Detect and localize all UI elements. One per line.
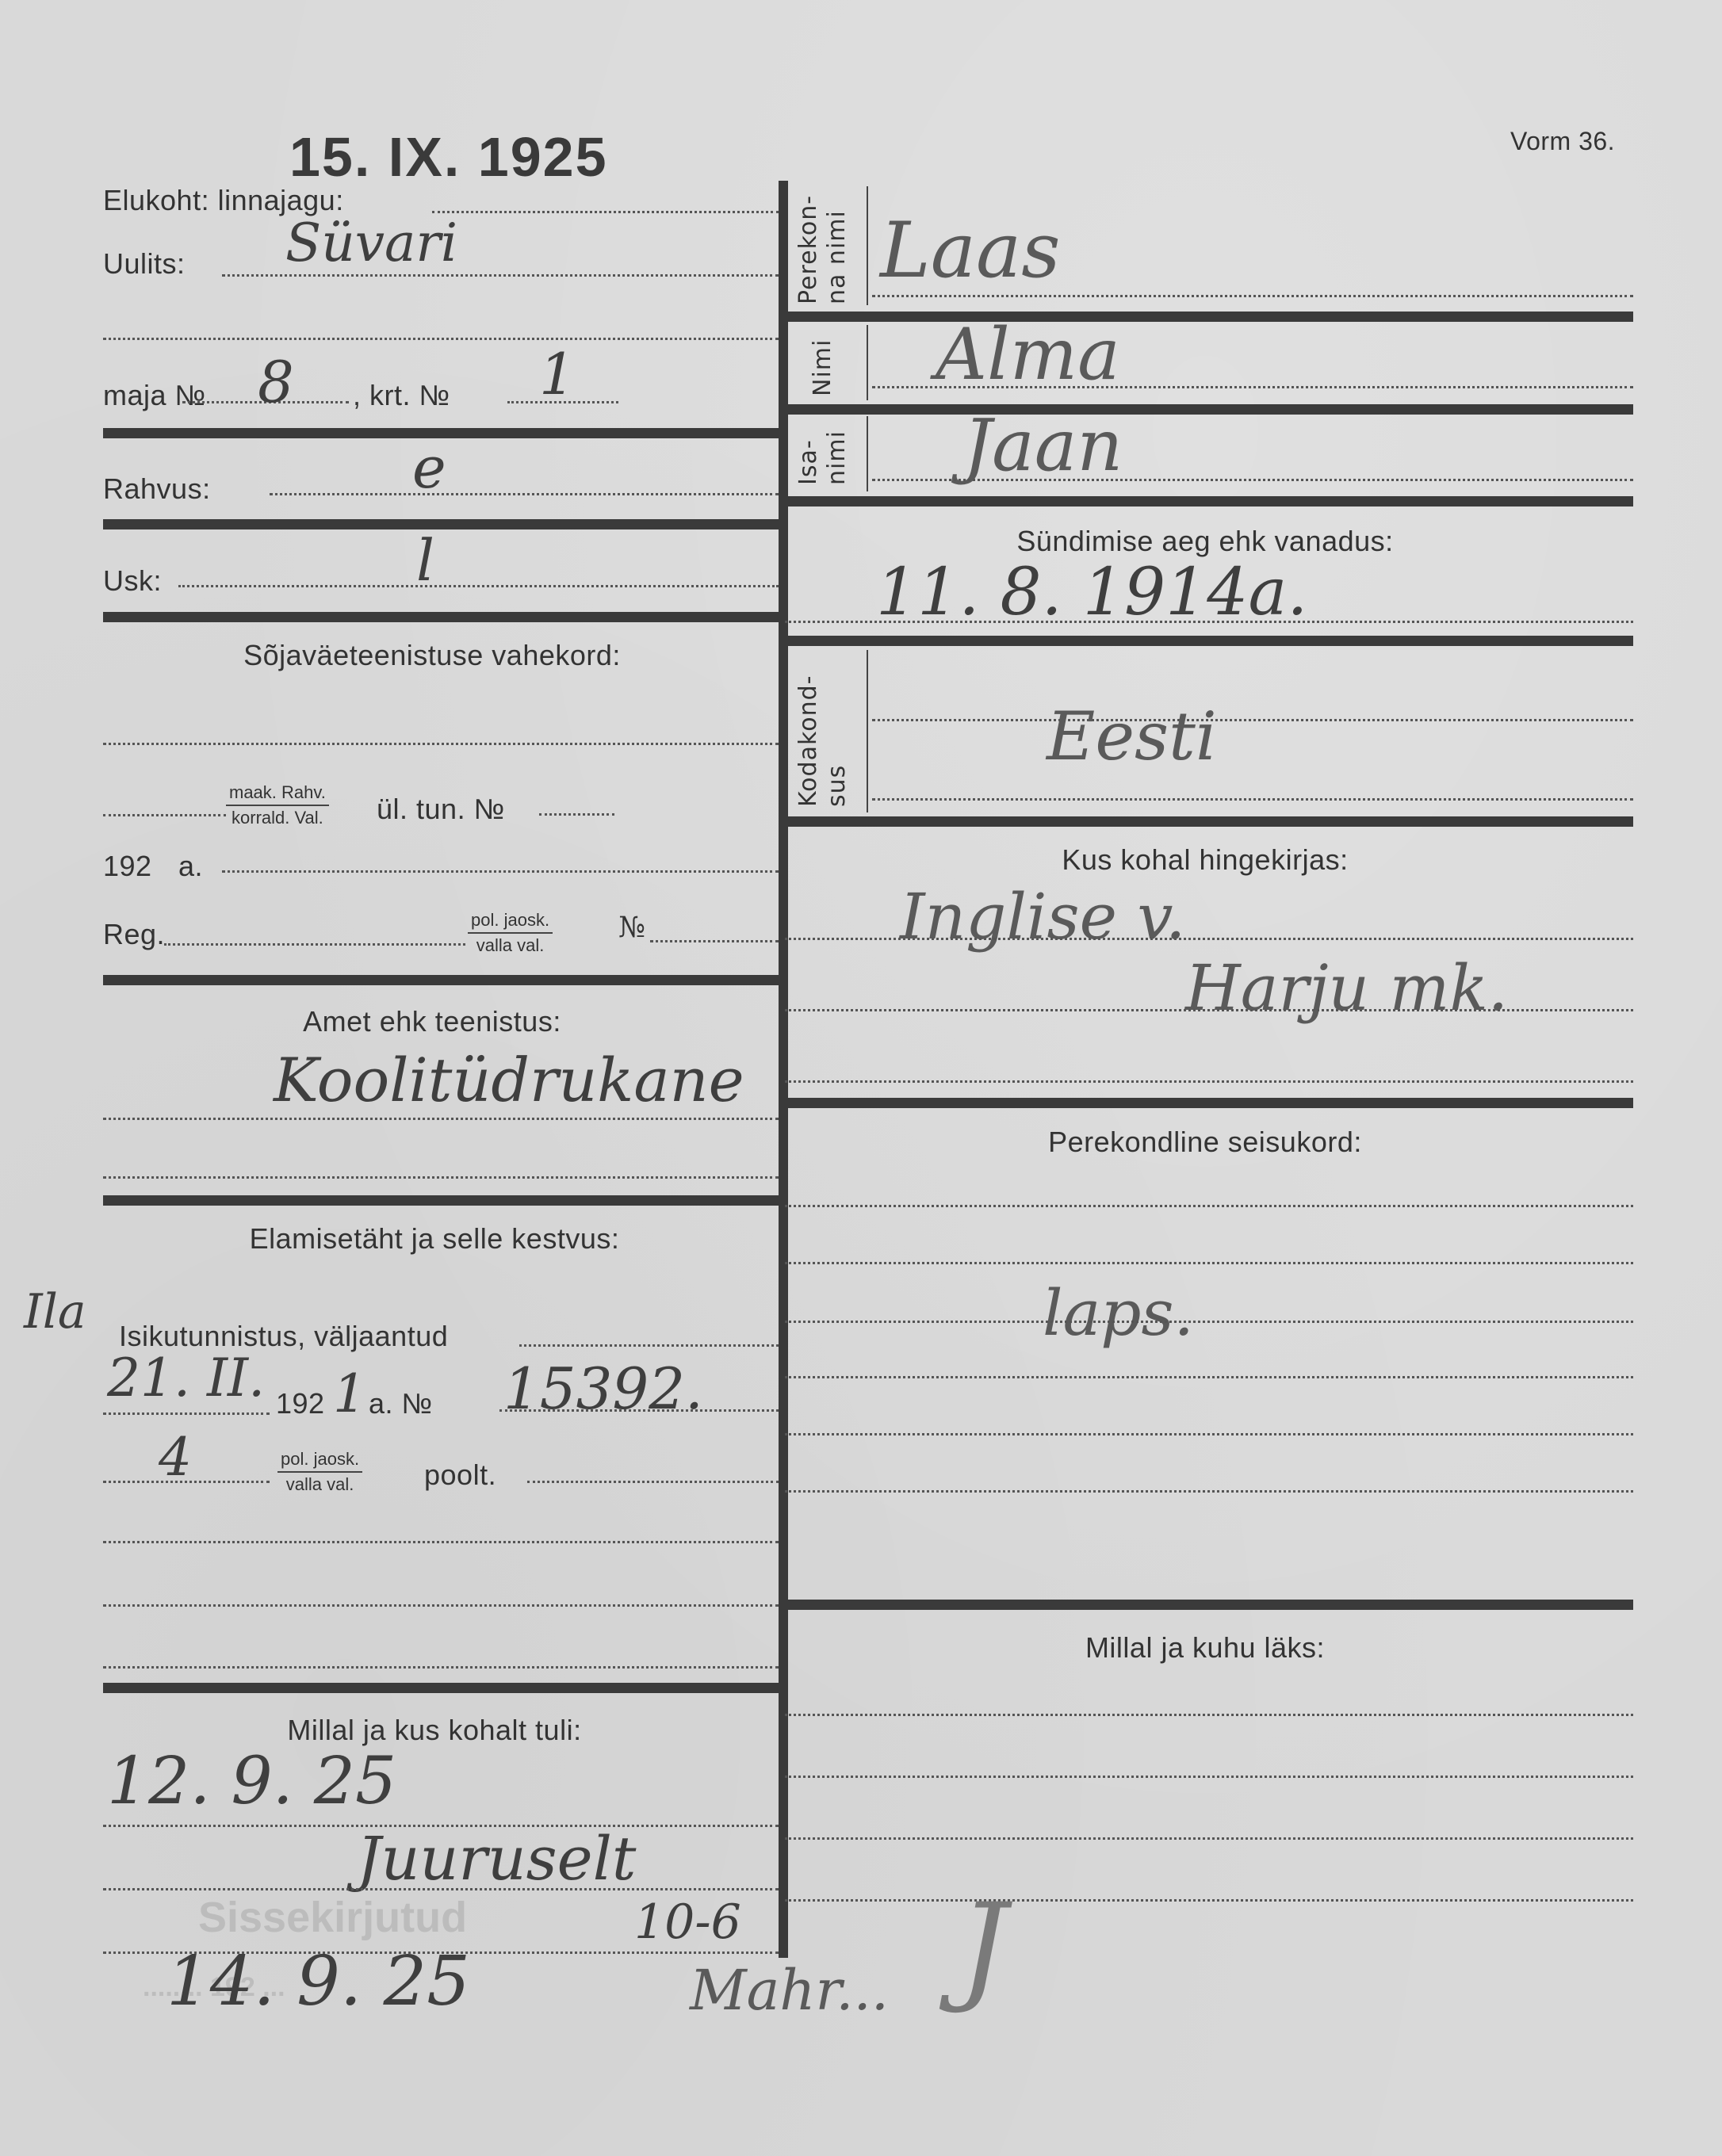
reg-label: Reg. (103, 918, 165, 951)
id-day-line[interactable] (103, 1412, 270, 1415)
registry-line-3[interactable] (785, 1080, 1633, 1083)
registry-line-1[interactable] (785, 938, 1633, 940)
apartment-value: 1 (539, 341, 576, 407)
id-year-suffix: a. № (369, 1387, 433, 1420)
birth-line[interactable] (785, 621, 1633, 623)
marital-line-1[interactable] (785, 1205, 1633, 1207)
military-frac-bottom: korrald. Val. (226, 806, 329, 828)
departure-line-4[interactable] (785, 1899, 1633, 1902)
occupation-value: Koolitüdrukane (274, 1045, 744, 1115)
nationality-line[interactable] (270, 493, 779, 495)
reg-line[interactable] (164, 943, 465, 946)
rule-left-2 (103, 519, 781, 529)
year-line[interactable] (222, 870, 779, 873)
religion-value: l (416, 527, 434, 594)
military-fraction: maak. Rahv. korrald. Val. (226, 782, 329, 828)
faint-registration-stamp: Sissekirjutud (198, 1893, 467, 1942)
residence-permit-line-2[interactable] (103, 1604, 779, 1607)
residence-permit-line-1[interactable] (103, 1541, 779, 1543)
house-value: 8 (258, 349, 294, 415)
id-year-prefix: 192 (276, 1387, 325, 1420)
first-name-label: Nimi (809, 339, 837, 396)
arrival-line-2[interactable] (103, 1888, 779, 1890)
departure-line-2[interactable] (785, 1776, 1633, 1778)
father-name-line[interactable] (872, 479, 1633, 481)
father-name-value: Jaan (963, 404, 1123, 487)
reg-frac-bottom: valla val. (468, 934, 553, 956)
occupation-line-1[interactable] (103, 1118, 779, 1120)
reg-no-label: № (618, 912, 646, 944)
id-line[interactable] (519, 1344, 779, 1347)
id-issuer-line[interactable] (103, 1481, 270, 1483)
citizenship-value: Eesti (1047, 698, 1217, 775)
citizenship-label-line2: sus (823, 675, 851, 808)
label-col-sep-1 (867, 186, 868, 305)
rule-right-5 (781, 816, 1633, 827)
father-name-label: Isa- nimi (794, 430, 851, 485)
id-year-value: 1 (333, 1363, 366, 1424)
first-name-value: Alma (936, 313, 1120, 396)
street-line-2[interactable] (103, 338, 779, 340)
religion-line[interactable] (178, 585, 779, 587)
surname-line[interactable] (872, 295, 1633, 297)
first-name-label-text: Nimi (809, 339, 837, 396)
id-issuer-value: 4 (159, 1427, 192, 1488)
religion-label: Usk: (103, 564, 162, 598)
apartment-label: , krt. № (353, 379, 450, 412)
arrival-note: 10-6 (634, 1894, 741, 1950)
military-cert-line[interactable] (539, 813, 614, 816)
surname-label: Perekon- na nimi (794, 195, 851, 304)
surname-label-line2: na nimi (823, 195, 851, 304)
label-col-sep-3 (867, 416, 868, 491)
birth-value: 11. 8. 1914a. (876, 555, 1307, 630)
rule-right-6 (781, 1098, 1633, 1108)
id-frac-top: pol. jaosk. (277, 1449, 362, 1473)
reg-frac-top: pol. jaosk. (468, 910, 553, 934)
marital-line-5[interactable] (785, 1433, 1633, 1435)
form-number: Vorm 36. (1510, 127, 1615, 156)
marital-heading: Perekondline seisukord: (1048, 1126, 1362, 1159)
departure-line-3[interactable] (785, 1837, 1633, 1840)
citizenship-label: Kodakond- sus (794, 675, 851, 808)
birth-heading: Sündimise aeg ehk vanadus: (1016, 525, 1393, 558)
father-name-label-line2: nimi (823, 430, 851, 485)
military-heading: Sõjaväeteenistuse vahekord: (243, 639, 621, 672)
rule-right-7 (781, 1600, 1633, 1610)
id-number: 15392. (503, 1355, 703, 1422)
street-line[interactable] (222, 274, 779, 277)
marital-line-3[interactable] (785, 1321, 1633, 1323)
marital-line-2[interactable] (785, 1262, 1633, 1264)
id-issue-day: 21. II. (107, 1347, 265, 1409)
arrival-place: Juuruselt (357, 1823, 636, 1894)
registry-value-line1: Inglise v. (900, 880, 1185, 954)
registry-value-line2: Harju mk. (1185, 951, 1508, 1025)
arrival-signature: Mahr... (690, 1958, 889, 2023)
surname-value: Laas (880, 206, 1060, 295)
registry-heading: Kus kohal hingekirjas: (1062, 843, 1348, 877)
arrival-date: 12. 9. 25 (107, 1744, 396, 1819)
id-frac-bottom: valla val. (277, 1473, 362, 1495)
citizenship-line-1[interactable] (872, 719, 1633, 721)
reg-no-line[interactable] (650, 940, 779, 942)
nationality-label: Rahvus: (103, 472, 211, 506)
label-col-sep-2 (867, 325, 868, 400)
year-suffix: a. (178, 850, 203, 883)
rule-right-1 (781, 312, 1633, 322)
residence-permit-heading: Elamisetäht ja selle kestvus: (250, 1222, 620, 1256)
military-frac-top: maak. Rahv. (226, 782, 329, 806)
residence-permit-line-3[interactable] (103, 1666, 779, 1669)
military-cert-label: ül. tun. № (377, 793, 505, 826)
first-name-line[interactable] (872, 386, 1633, 388)
registry-line-2[interactable] (785, 1009, 1633, 1011)
rule-left-5 (103, 1195, 781, 1206)
reg-fraction: pol. jaosk. valla val. (468, 910, 553, 956)
year-prefix: 192 (103, 850, 152, 883)
marital-line-6[interactable] (785, 1490, 1633, 1493)
id-fraction: pol. jaosk. valla val. (277, 1449, 362, 1495)
rule-right-2 (781, 404, 1633, 415)
rule-left-6 (103, 1683, 781, 1693)
arrival-date-2: 14. 9. 25 (166, 1942, 470, 2021)
departure-heading: Millal ja kuhu läks: (1085, 1631, 1325, 1665)
surname-label-line1: Perekon- (794, 195, 823, 304)
marital-value: laps. (1043, 1276, 1194, 1350)
citizenship-line-2[interactable] (872, 798, 1633, 801)
id-issuer-line-2[interactable] (527, 1481, 779, 1483)
date-stamp: 15. IX. 1925 (289, 125, 608, 189)
rule-left-3 (103, 612, 781, 622)
label-col-sep-4 (867, 650, 868, 812)
id-issuer-suffix: poolt. (424, 1458, 496, 1492)
rule-left-4 (103, 975, 781, 985)
street-value: Süvari (285, 212, 457, 273)
departure-line-1[interactable] (785, 1714, 1633, 1716)
occupation-line-2[interactable] (103, 1176, 779, 1179)
rule-right-4 (781, 636, 1633, 646)
house-label: maja № (103, 379, 206, 412)
arrival-heading: Millal ja kus kohalt tuli: (287, 1714, 581, 1747)
military-line-1[interactable] (103, 743, 779, 745)
street-label: Uulits: (103, 247, 186, 281)
document-page: Vorm 36. 15. IX. 1925 Elukoht: linnajagu… (0, 0, 1722, 2156)
father-name-label-line1: Isa- (794, 430, 823, 485)
citizenship-label-line1: Kodakond- (794, 675, 823, 808)
marital-line-4[interactable] (785, 1376, 1633, 1378)
departure-signature: J (959, 1879, 1007, 2016)
residence-line[interactable] (432, 211, 779, 213)
rule-right-3 (781, 496, 1633, 507)
nationality-value: e (412, 434, 446, 501)
military-line-2[interactable] (103, 814, 226, 816)
occupation-heading: Amet ehk teenistus: (303, 1005, 561, 1038)
id-margin-note: Ila (24, 1284, 86, 1340)
